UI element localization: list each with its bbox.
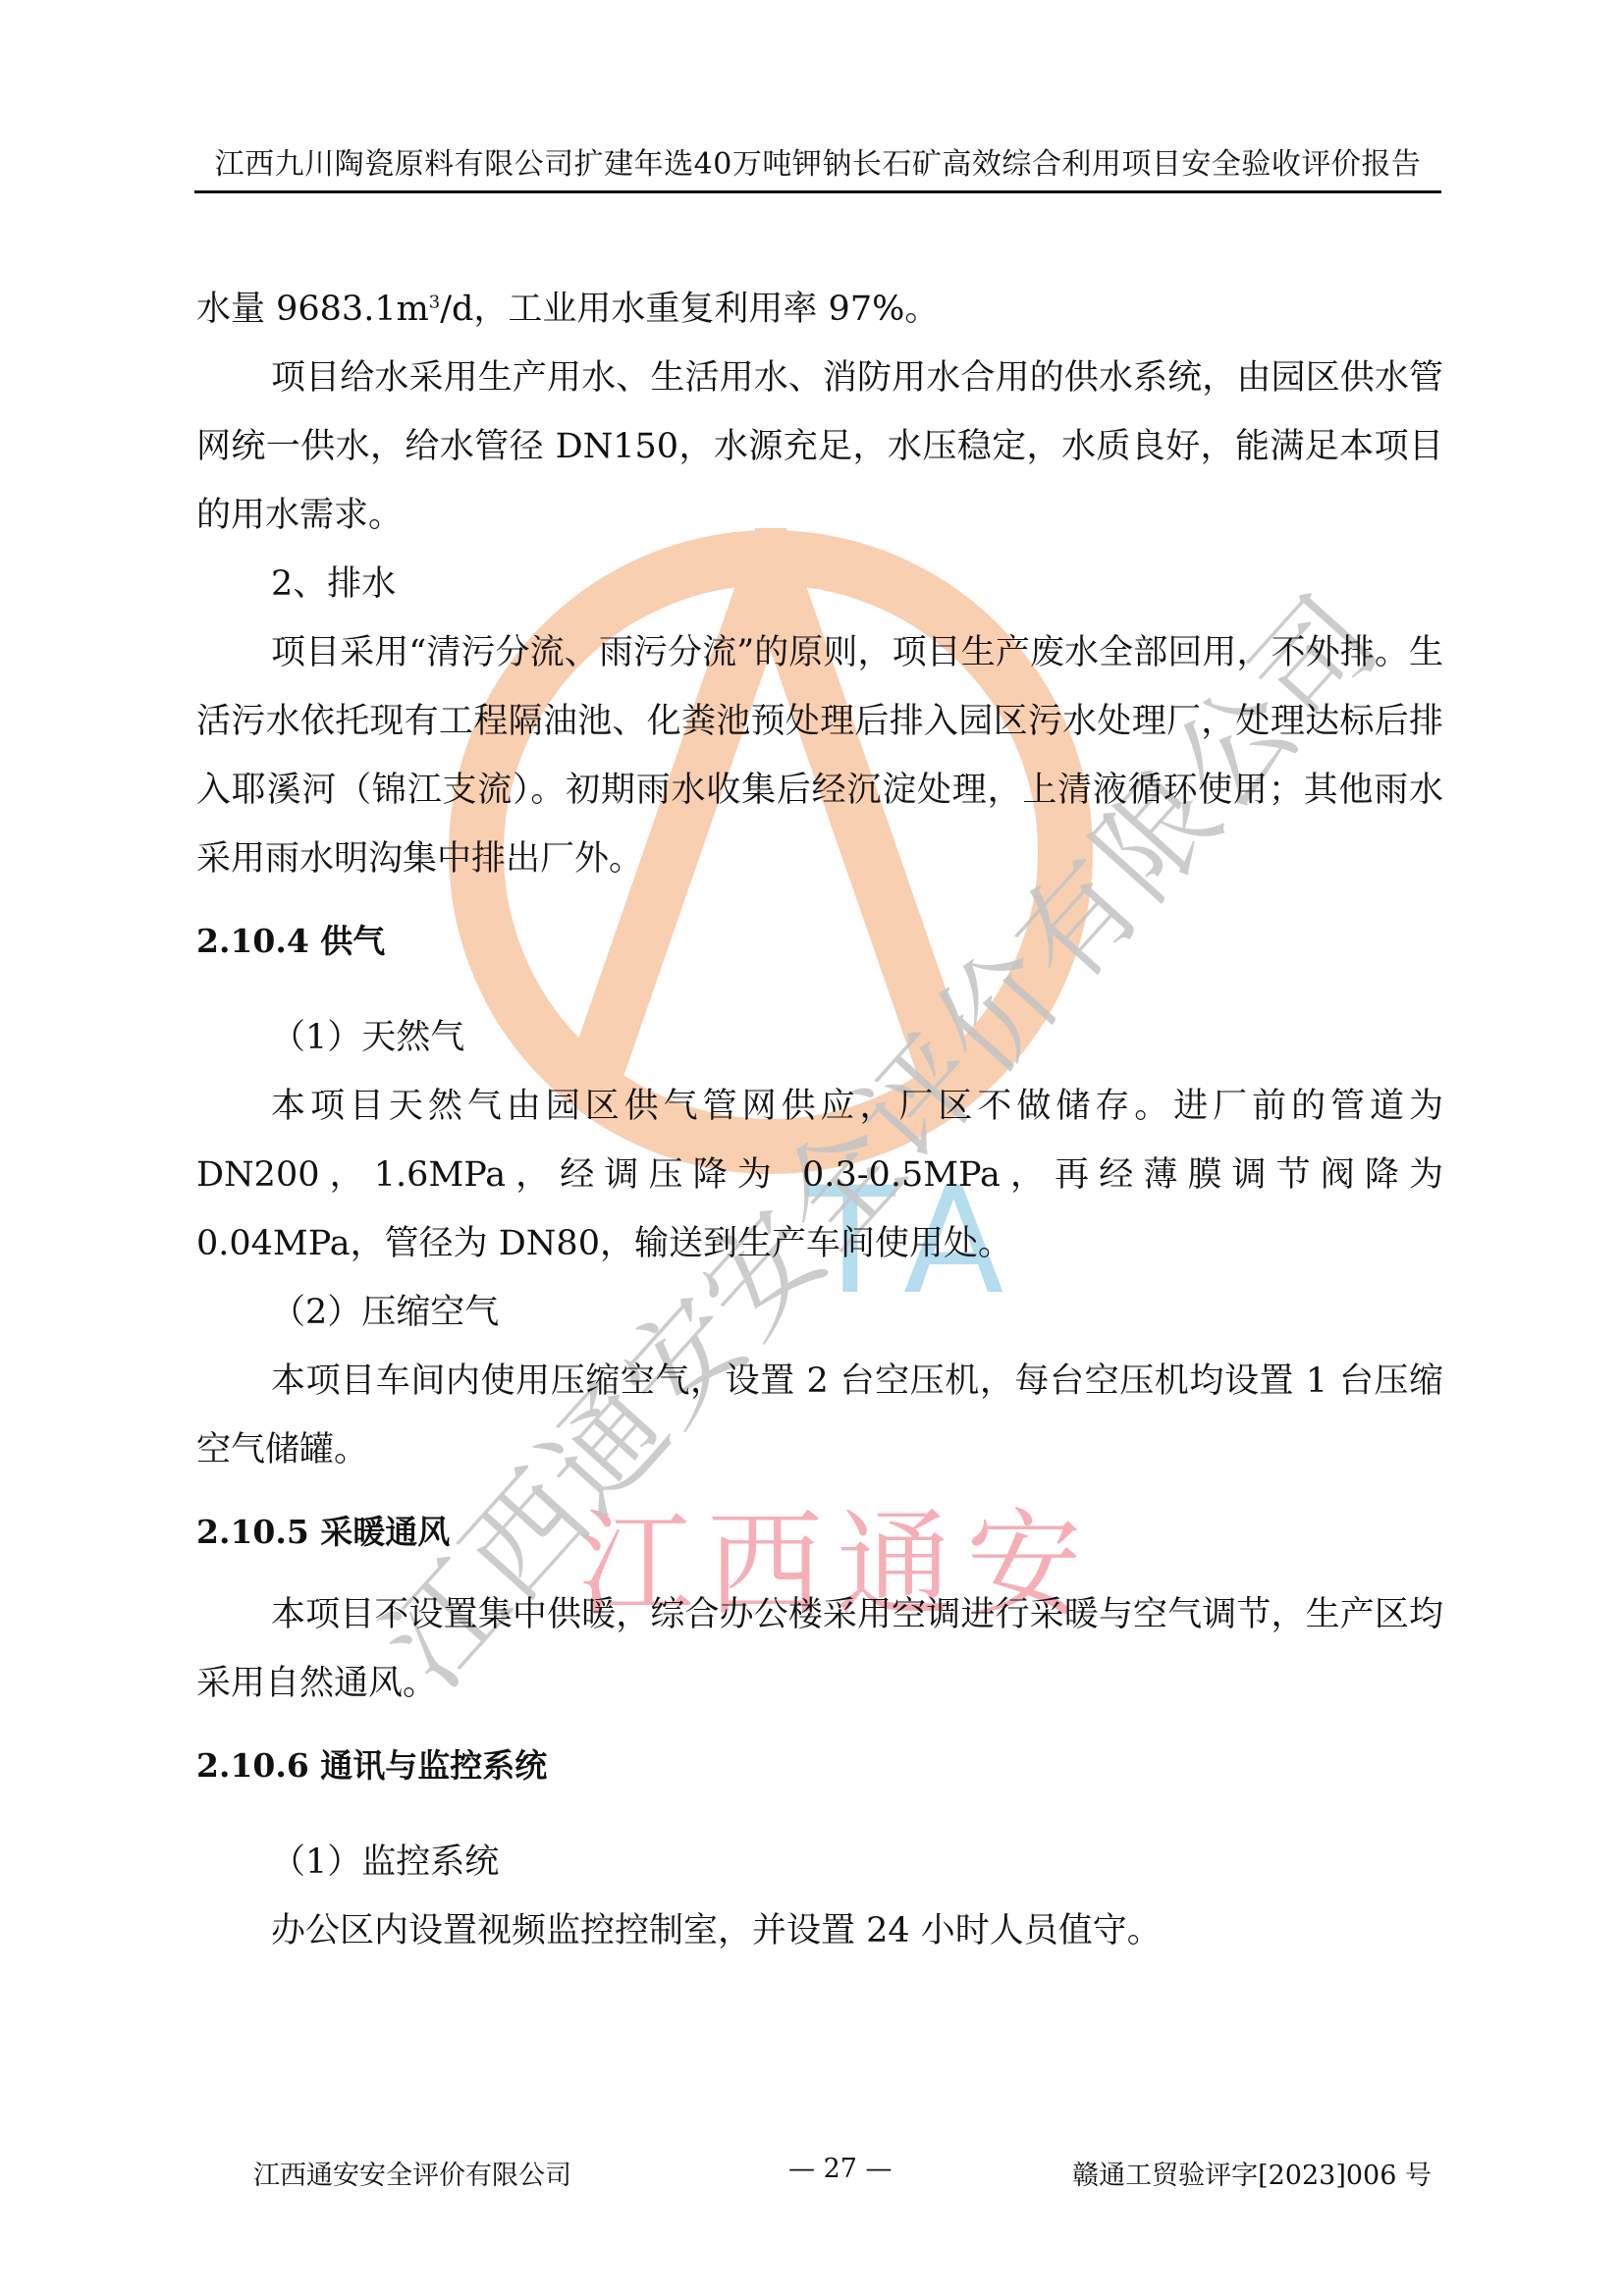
section-heading-communication-monitoring: 2.10.6 通讯与监控系统 [196,1732,1443,1800]
subheading-monitoring-system: （1）监控系统 [196,1828,1443,1896]
page-footer: 江西通安安全评价有限公司 — 27 — 赣通工贸验评字[2023]006 号 [253,2154,1432,2193]
section-heading-heating-ventilation: 2.10.5 采暖通风 [196,1498,1443,1567]
paragraph-drainage: 项目采用“清污分流、雨污分流”的原则，项目生产废水全部回用，不外排。生活污水依托… [196,618,1443,893]
paragraph-water-volume: 水量 9683.1m3/d，工业用水重复利用率 97%。 [196,275,1443,344]
report-title: 江西九川陶瓷原料有限公司扩建年选40万吨钾钠长石矿高效综合利用项目安全验收评价报… [194,145,1441,185]
water-reuse-text: /d，工业用水重复利用率 97%。 [440,290,939,329]
page-header: 江西九川陶瓷原料有限公司扩建年选40万吨钾钠长石矿高效综合利用项目安全验收评价报… [194,145,1441,193]
subheading-natural-gas: （1）天然气 [196,1003,1443,1072]
page-number: — 27 — [788,2154,893,2184]
paragraph-compressed-air: 本项目车间内使用压缩空气，设置 2 台空压机，每台空压机均设置 1 台压缩空气储… [196,1347,1443,1484]
page-content: 水量 9683.1m3/d，工业用水重复利用率 97%。 项目给水采用生产用水、… [196,275,1443,1965]
cubic-superscript: 3 [429,292,440,312]
paragraph-natural-gas: 本项目天然气由园区供气管网供应，厂区不做储存。进厂前的管道为 DN200，1.6… [196,1072,1443,1278]
subheading-compressed-air: （2）压缩空气 [196,1278,1443,1347]
water-volume-text: 水量 9683.1m [196,290,429,329]
paragraph-water-supply: 项目给水采用生产用水、生活用水、消防用水合用的供水系统，由园区供水管网统一供水，… [196,344,1443,550]
header-divider [194,190,1441,193]
paragraph-monitoring-system: 办公区内设置视频监控控制室，并设置 24 小时人员值守。 [196,1896,1443,1965]
document-page: TA 江西通安 江西通安安全评价有限公司 江西九川陶瓷原料有限公司扩建年选40万… [0,0,1624,2296]
footer-company: 江西通安安全评价有限公司 [253,2154,571,2192]
section-heading-gas-supply: 2.10.4 供气 [196,907,1443,976]
drainage-heading: 2、排水 [196,550,1443,618]
paragraph-heating-ventilation: 本项目不设置集中供暖，综合办公楼采用空调进行采暖与空气调节，生产区均采用自然通风… [196,1580,1443,1718]
document-number: 赣通工贸验评字[2023]006 号 [1072,2154,1432,2192]
